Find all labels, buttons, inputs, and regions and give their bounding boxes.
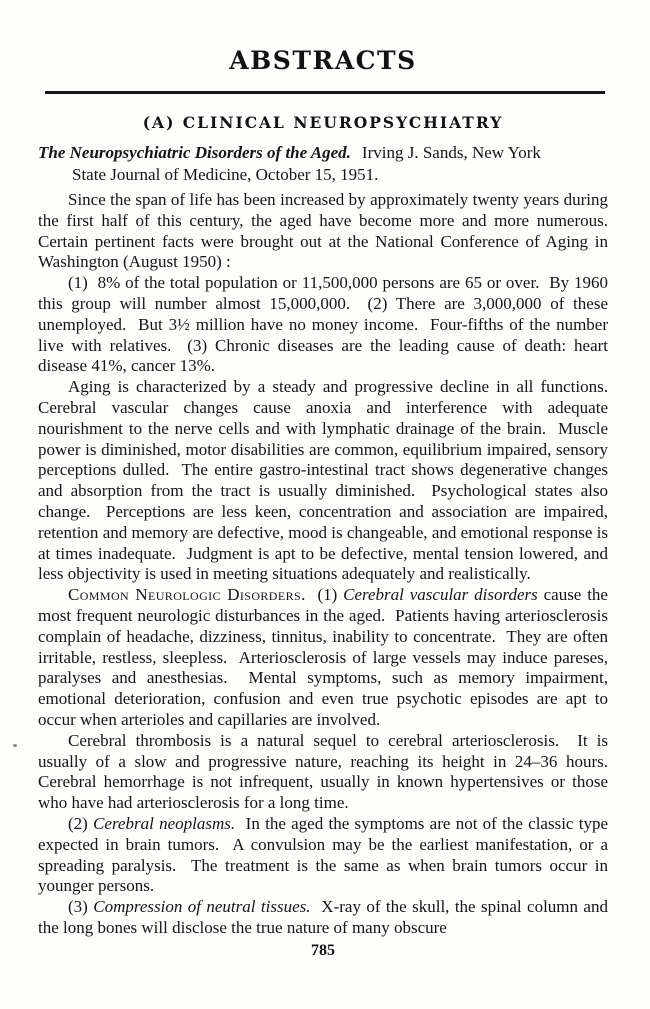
journal-page: ABSTRACTS (A) CLINICAL NEUROPSYCHIATRY T… — [0, 0, 650, 960]
reference-line-2: State Journal of Medicine, October 15, 1… — [38, 164, 608, 186]
abstract-paragraph: Common Neurologic Disorders. (1) Cerebra… — [38, 585, 608, 731]
abstract-body: Since the span of life has been increase… — [38, 190, 608, 939]
abstract-paragraph: Cerebral thrombosis is a natural sequel … — [38, 731, 608, 814]
italic-term: Compression of neutral tissues. — [93, 897, 310, 916]
body-text: (2) — [68, 814, 93, 833]
abstract-paragraph: Aging is characterized by a steady and p… — [38, 377, 608, 585]
abstract-paragraph: (3) Compression of neutral tissues. X-ra… — [38, 897, 608, 939]
body-text: (1) — [306, 585, 343, 604]
italic-term: Cerebral vascular disorders — [343, 585, 538, 604]
article-title: The Neuropsychiatric Disorders of the Ag… — [38, 143, 351, 162]
article-authority: Irving J. Sands, New York — [362, 143, 541, 162]
section-heading: (A) CLINICAL NEUROPSYCHIATRY — [38, 113, 608, 132]
body-text: cause the most frequent neurologic distu… — [38, 585, 612, 729]
body-text: Aging is characterized by a steady and p… — [38, 377, 617, 583]
smallcaps-heading: Common Neurologic Disorders. — [68, 585, 306, 604]
abstract-paragraph: (1) 8% of the total population or 11,500… — [38, 273, 608, 377]
abstract-paragraph: Since the span of life has been increase… — [38, 190, 608, 273]
page-number: 785 — [38, 942, 608, 960]
title-rule — [45, 91, 605, 94]
body-text: (3) — [68, 897, 93, 916]
body-text: Cerebral thrombosis is a natural sequel … — [38, 731, 617, 812]
body-text: Since the span of life has been increase… — [38, 190, 617, 271]
scan-speck — [13, 744, 17, 747]
page-title: ABSTRACTS — [38, 0, 608, 76]
reference-line-1: The Neuropsychiatric Disorders of the Ag… — [38, 142, 608, 164]
italic-term: Cerebral neoplasms. — [93, 814, 235, 833]
article-reference: The Neuropsychiatric Disorders of the Ag… — [38, 142, 608, 186]
body-text: (1) 8% of the total population or 11,500… — [38, 273, 612, 375]
abstract-paragraph: (2) Cerebral neoplasms. In the aged the … — [38, 814, 608, 897]
